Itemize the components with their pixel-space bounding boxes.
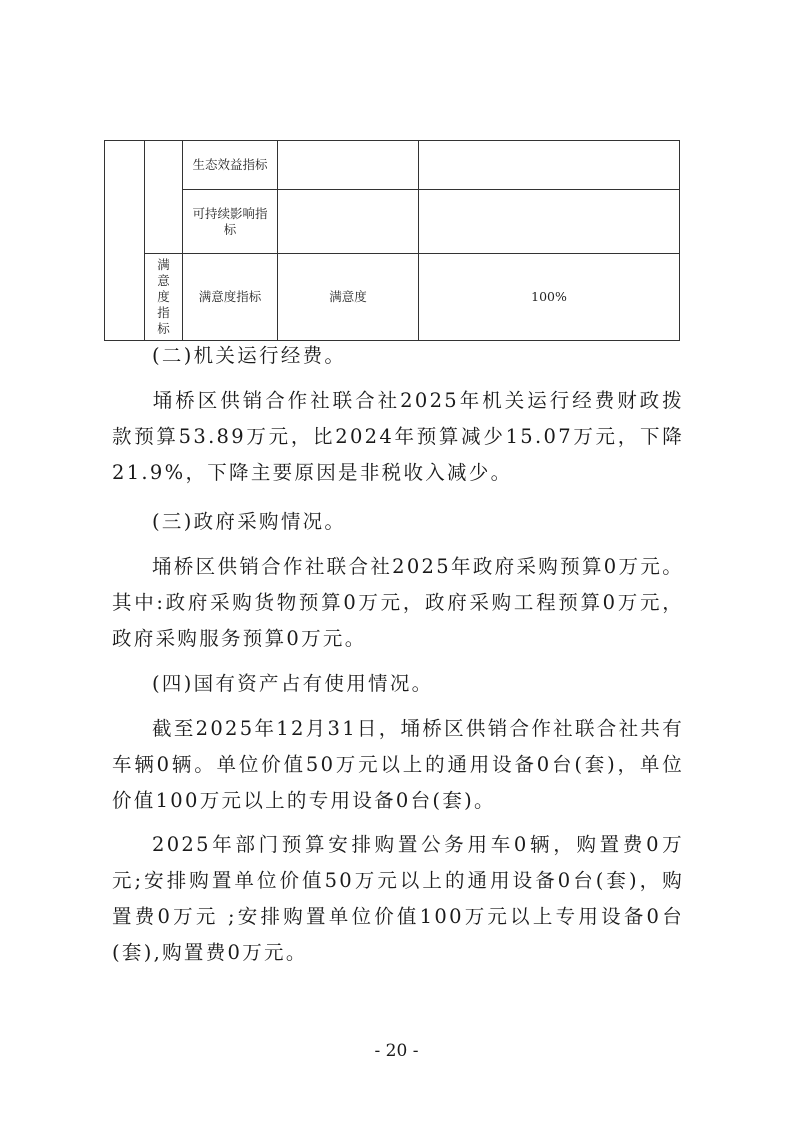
table-cell-metric bbox=[278, 190, 419, 254]
table-cell-level2 bbox=[145, 141, 183, 254]
paragraph-text: 埇桥区供销合作社联合社2025年政府采购预算0万元。其中:政府采购货物预算0万元… bbox=[112, 555, 684, 650]
table-row: 生态效益指标 bbox=[105, 141, 680, 190]
section-heading: (四)国有资产占有使用情况。 bbox=[152, 666, 433, 702]
paragraph: 2025年部门预算安排购置公务用车0辆，购置费0万元;安排购置单位价值50万元以… bbox=[112, 827, 684, 971]
paragraph: 截至2025年12月31日，埇桥区供销合作社联合社共有车辆0辆。单位价值50万元… bbox=[112, 711, 684, 819]
paragraph: 埇桥区供销合作社联合社2025年机关运行经费财政拨款预算53.89万元，比202… bbox=[112, 383, 684, 491]
paragraph-text: 2025年部门预算安排购置公务用车0辆，购置费0万元;安排购置单位价值50万元以… bbox=[112, 833, 684, 964]
table-cell-metric: 满意度 bbox=[278, 254, 419, 341]
table-cell-indicator: 可持续影响指标 bbox=[183, 190, 278, 254]
indicator-label: 可持续影响指标 bbox=[183, 206, 277, 238]
table-cell-value: 100% bbox=[419, 254, 680, 341]
table-cell-indicator: 生态效益指标 bbox=[183, 141, 278, 190]
paragraph-text: 截至2025年12月31日，埇桥区供销合作社联合社共有车辆0辆。单位价值50万元… bbox=[112, 717, 684, 812]
table-cell-indicator: 满意度指标 bbox=[183, 254, 278, 341]
table-cell-value bbox=[419, 141, 680, 190]
section-heading: (三)政府采购情况。 bbox=[152, 504, 346, 540]
table-cell-level2: 满意度指标 bbox=[145, 254, 183, 341]
table-row: 满意度指标 满意度指标 满意度 100% bbox=[105, 254, 680, 341]
table-cell-value bbox=[419, 190, 680, 254]
page-number: - 20 - bbox=[0, 1041, 793, 1061]
performance-indicator-table: 生态效益指标 可持续影响指标 满意度指标 满意度指标 满意度 100% bbox=[104, 140, 680, 341]
table-cell-level1 bbox=[105, 141, 145, 341]
paragraph-text: 埇桥区供销合作社联合社2025年机关运行经费财政拨款预算53.89万元，比202… bbox=[112, 389, 684, 484]
table-row: 可持续影响指标 bbox=[105, 190, 680, 254]
section-heading: (二)机关运行经费。 bbox=[152, 338, 346, 374]
paragraph: 埇桥区供销合作社联合社2025年政府采购预算0万元。其中:政府采购货物预算0万元… bbox=[112, 549, 684, 657]
vertical-label: 满意度指标 bbox=[157, 257, 171, 337]
table-cell-metric bbox=[278, 141, 419, 190]
